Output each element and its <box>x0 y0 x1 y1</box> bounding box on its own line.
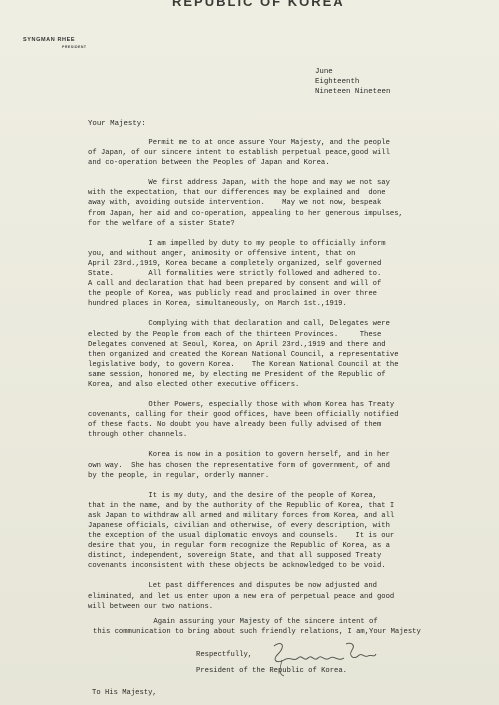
text-line: Korea is now in a position to govern her… <box>88 450 468 460</box>
text-line: ask Japan to withdraw all armed and mili… <box>88 511 468 521</box>
text-line: State. All formalities were strictly fol… <box>88 269 468 279</box>
text-line: distinct, independent, sovereign State, … <box>88 551 468 561</box>
text-line: April 23rd.,1919, Korea became a complet… <box>88 259 468 269</box>
text-line: Japanese officials, civilian and otherwi… <box>88 521 468 531</box>
paragraph: It is my duty, and the desire of the peo… <box>88 491 468 572</box>
text-line: Permit me to at once assure Your Majesty… <box>88 138 468 148</box>
paragraph: Complying with that declaration and call… <box>88 319 468 390</box>
text-line: the people of Korea, was publicly read a… <box>88 289 468 299</box>
text-line: that in the name, and by the authority o… <box>88 501 468 511</box>
paragraph: Other Powers, especially those with whom… <box>88 400 468 440</box>
text-line: and co-operation between the Peoples of … <box>88 158 468 168</box>
text-line: same session, honored me, by electing me… <box>88 370 468 380</box>
letterhead-title: REPUBLIC OF KOREA <box>172 0 345 9</box>
text-line: away with, avoiding outside intervention… <box>88 198 468 208</box>
valediction: Respectfully, <box>196 651 252 659</box>
text-line: Korea, and also elected other executive … <box>88 380 468 390</box>
text-line: of Japan, of our sincere intent to estab… <box>88 148 468 158</box>
date-year: Nineteen Nineteen <box>315 87 390 97</box>
text-line: by the people, in regular, orderly manne… <box>88 471 468 481</box>
text-line: Delegates convened at Seoul, Korea, on A… <box>88 340 468 350</box>
text-line: hundred places in Korea, simultaneously,… <box>88 299 468 309</box>
text-line: then organized and created the Korean Na… <box>88 350 468 360</box>
sender-title: PRESIDENT <box>62 45 87 49</box>
text-line: the exception of the usual diplomatic en… <box>88 531 468 541</box>
addressee: To His Majesty, <box>92 689 157 697</box>
text-line: from Japan, her aid and co-operation, ap… <box>88 209 468 219</box>
text-line: of these facts. No doubt you have alread… <box>88 420 468 430</box>
text-line: legislative body, to govern Korea. The K… <box>88 360 468 370</box>
text-line: elected by the People from each of the t… <box>88 330 468 340</box>
text-line: for the welfare of a sister State? <box>88 219 468 229</box>
salutation: Your Majesty: <box>88 120 146 128</box>
text-line: you, and without anger, animosity or off… <box>88 249 468 259</box>
text-line: A call and declaration that had been pre… <box>88 279 468 289</box>
text-line: covenants inconsistent with these object… <box>88 561 468 571</box>
signer-title: President of the Republic of Korea. <box>196 667 347 675</box>
text-line: with the expectation, that our differenc… <box>88 188 468 198</box>
letter-date: June Eighteenth Nineteen Nineteen <box>315 67 390 97</box>
paragraph: Permit me to at once assure Your Majesty… <box>88 138 468 168</box>
sender-name: SYNGMAN RHEE <box>23 37 75 43</box>
text-line: Other Powers, especially those with whom… <box>88 400 468 410</box>
paragraph: Let past differences and disputes be now… <box>88 581 468 611</box>
text-line: Let past differences and disputes be now… <box>88 581 468 591</box>
paragraph: We first address Japan, with the hope an… <box>88 178 468 228</box>
letter-body: Permit me to at once assure Your Majesty… <box>88 138 468 622</box>
letter-page: REPUBLIC OF KOREA SYNGMAN RHEE PRESIDENT… <box>0 0 499 705</box>
date-month: June <box>315 67 390 77</box>
text-line: through other channels. <box>88 430 468 440</box>
closing-paragraph: Again assuring your Majesty of the since… <box>93 617 421 637</box>
paragraph: I am impelled by duty to my people to of… <box>88 239 468 310</box>
text-line: own way. She has chosen the representati… <box>88 461 468 471</box>
text-line: covenants, calling for their good office… <box>88 410 468 420</box>
date-day: Eighteenth <box>315 77 390 87</box>
text-line: Complying with that declaration and call… <box>88 319 468 329</box>
text-line: this communication to bring about such f… <box>93 627 421 637</box>
paragraph: Korea is now in a position to govern her… <box>88 450 468 480</box>
text-line: Again assuring your Majesty of the since… <box>93 617 421 627</box>
text-line: eliminated, and let us enter upon a new … <box>88 592 468 602</box>
text-line: It is my duty, and the desire of the peo… <box>88 491 468 501</box>
text-line: I am impelled by duty to my people to of… <box>88 239 468 249</box>
text-line: will between our two nations. <box>88 602 468 612</box>
text-line: We first address Japan, with the hope an… <box>88 178 468 188</box>
text-line: desire that you, in regular form recogni… <box>88 541 468 551</box>
